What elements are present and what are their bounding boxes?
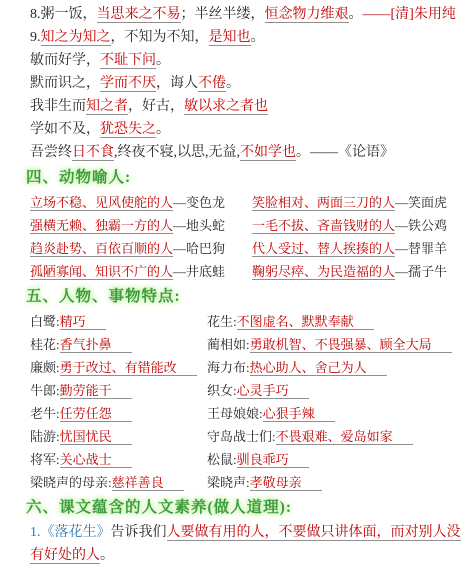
trait-cell-right: 花生:不图虚名、默默奉献 bbox=[207, 310, 374, 333]
animal-description: 一毛不拔、吝啬钱财的人 bbox=[252, 218, 395, 234]
trait-answer: 驯良乖巧 bbox=[237, 452, 309, 468]
quote-line: 敏而好学，不耻下问。 bbox=[30, 49, 466, 72]
lessons-section: 1.《落花生》告诉我们人要做有用的人，不要做只讲体面，而对别人没有好处的人。 bbox=[30, 521, 466, 567]
trait-label: 松鼠: bbox=[207, 452, 237, 467]
lesson-item: 1.《落花生》告诉我们人要做有用的人，不要做只讲体面，而对别人没有好处的人。 bbox=[30, 521, 466, 567]
trait-answer: 关心战士 bbox=[60, 452, 132, 468]
animals-section: 立场不稳、见风使舵的人—变色龙笑脸相对、两面三刀的人—笑面虎强横无赖、独霸一方的… bbox=[30, 191, 466, 283]
animal-cell-left: 立场不稳、见风使舵的人—变色龙 bbox=[30, 191, 252, 214]
trait-answer: 心狠手辣 bbox=[263, 406, 335, 422]
animal-row: 强横无赖、独霸一方的人—地头蛇一毛不拔、吝啬钱财的人—铁公鸡 bbox=[30, 214, 466, 237]
trait-answer: 不图虚名、默默奉献 bbox=[237, 314, 374, 330]
quote-line: 吾尝终日不食,终夜不寝,以思,无益,不如学也。——《论语》 bbox=[30, 141, 466, 164]
section-heading-lessons: 六、课文蕴含的人文素养(做人道理): bbox=[26, 495, 466, 520]
trait-answer: 勇敢机智、不畏强暴、顾全大局 bbox=[250, 337, 452, 353]
trait-label: 花生: bbox=[207, 314, 237, 329]
animal-description: 孤陋寡闻、知识不广的人 bbox=[30, 264, 173, 280]
trait-label: 梁晓声的母亲: bbox=[30, 475, 112, 490]
trait-cell-right: 蔺相如:勇敢机智、不畏强暴、顾全大局 bbox=[207, 333, 452, 356]
animal-cell-right: 一毛不拔、吝啬钱财的人—铁公鸡 bbox=[252, 214, 447, 237]
trait-label: 梁晓声: bbox=[207, 475, 250, 490]
text-segment: 。 bbox=[156, 122, 170, 137]
text-segment: 不倦 bbox=[198, 76, 226, 92]
trait-label: 将军: bbox=[30, 452, 60, 467]
animal-description: 趋炎赴势、百依百顺的人 bbox=[30, 241, 173, 257]
quote-line: 9.知之为知之，不知为不知，是知也。 bbox=[30, 26, 466, 49]
trait-label: 陆游: bbox=[30, 429, 60, 444]
text-segment: 学而不厌 bbox=[100, 76, 156, 92]
animal-description: 鞠躬尽瘁、为民造福的人 bbox=[252, 264, 395, 280]
quote-line: 8.粥一饭，当思来之不易；半丝半缕，恒念物力维艰。——[清]朱用纯 bbox=[30, 3, 466, 26]
text-segment: 1.《落花生》 bbox=[30, 525, 111, 540]
text-segment: 恒念物力维艰 bbox=[265, 7, 349, 23]
trait-row: 廉颇:勇于改过、有错能改海力布:热心助人、舍己为人 bbox=[30, 356, 466, 379]
trait-row: 老牛:任劳任怨王母娘娘:心狠手辣 bbox=[30, 402, 466, 425]
text-segment: 默而识之， bbox=[30, 76, 100, 91]
trait-answer: 心灵手巧 bbox=[237, 383, 309, 399]
trait-answer: 孝敬母亲 bbox=[250, 475, 322, 491]
text-segment: 。 bbox=[100, 548, 114, 563]
text-segment: 不如学也 bbox=[240, 145, 296, 161]
trait-row: 陆游:忧国忧民守岛战士们:不畏艰难、爱岛如家 bbox=[30, 425, 466, 448]
animal-name: —变色龙 bbox=[173, 195, 225, 210]
trait-row: 桂花:香气扑鼻蔺相如:勇敢机智、不畏强暴、顾全大局 bbox=[30, 333, 466, 356]
animal-description: 立场不稳、见风使舵的人 bbox=[30, 195, 173, 211]
quotes-section: 8.粥一饭，当思来之不易；半丝半缕，恒念物力维艰。——[清]朱用纯9.知之为知之… bbox=[30, 3, 466, 164]
trait-label: 海力布: bbox=[207, 360, 250, 375]
trait-label: 白鹭: bbox=[30, 314, 60, 329]
trait-cell-left: 白鹭:精巧 bbox=[30, 310, 207, 333]
trait-answer: 勇于改过、有错能改 bbox=[60, 360, 197, 376]
animal-cell-right: 笑脸相对、两面三刀的人—笑面虎 bbox=[252, 191, 447, 214]
trait-label: 织女: bbox=[207, 383, 237, 398]
trait-label: 老牛: bbox=[30, 406, 60, 421]
animal-name: —笑面虎 bbox=[395, 195, 447, 210]
trait-cell-right: 织女:心灵手巧 bbox=[207, 379, 309, 402]
animal-name: —铁公鸡 bbox=[395, 218, 447, 233]
text-segment: 。 bbox=[156, 53, 170, 68]
trait-row: 白鹭:精巧花生:不图虚名、默默奉献 bbox=[30, 310, 466, 333]
animal-cell-right: 代人受过、替人挨揍的人—替罪羊 bbox=[252, 237, 447, 260]
trait-cell-left: 牛郎:勤劳能干 bbox=[30, 379, 207, 402]
trait-cell-left: 将军:关心战士 bbox=[30, 448, 207, 471]
text-segment: 。 bbox=[251, 30, 265, 45]
trait-answer: 香气扑鼻 bbox=[60, 337, 132, 353]
animal-name: —哈巴狗 bbox=[173, 241, 225, 256]
animal-cell-left: 强横无赖、独霸一方的人—地头蛇 bbox=[30, 214, 252, 237]
text-segment: ，好古， bbox=[128, 99, 184, 114]
animal-cell-left: 趋炎赴势、百依百顺的人—哈巴狗 bbox=[30, 237, 252, 260]
text-segment: 。 bbox=[349, 7, 363, 22]
text-segment: ——[清]朱用纯 bbox=[363, 7, 456, 22]
animal-row: 立场不稳、见风使舵的人—变色龙笑脸相对、两面三刀的人—笑面虎 bbox=[30, 191, 466, 214]
text-segment: 是知也 bbox=[209, 30, 251, 46]
animal-name: —井底蛙 bbox=[173, 264, 225, 279]
trait-cell-right: 松鼠:驯良乖巧 bbox=[207, 448, 309, 471]
document: 8.粥一饭，当思来之不易；半丝半缕，恒念物力维艰。——[清]朱用纯9.知之为知之… bbox=[0, 0, 472, 567]
trait-cell-right: 王母娘娘:心狠手辣 bbox=[207, 402, 335, 425]
text-segment: ，诲人 bbox=[156, 76, 198, 91]
section-heading-animals: 四、动物喻人: bbox=[26, 165, 466, 190]
text-segment: 知之为知之 bbox=[41, 30, 111, 46]
trait-cell-right: 梁晓声:孝敬母亲 bbox=[207, 471, 322, 494]
text-segment: 日不食 bbox=[72, 145, 114, 161]
animal-description: 笑脸相对、两面三刀的人 bbox=[252, 195, 395, 211]
text-segment: 我非生而 bbox=[30, 99, 86, 114]
trait-answer: 慈祥善良 bbox=[112, 475, 184, 491]
trait-answer: 忧国忧民 bbox=[60, 429, 132, 445]
trait-cell-right: 守岛战士们:不畏艰难、爱岛如家 bbox=[207, 425, 413, 448]
trait-label: 王母娘娘: bbox=[207, 406, 263, 421]
animal-cell-right: 鞠躬尽瘁、为民造福的人—孺子牛 bbox=[252, 260, 447, 283]
trait-answer: 热心助人、舍己为人 bbox=[250, 360, 387, 376]
text-segment: ,终夜不寝,以思,无益, bbox=[114, 145, 240, 160]
animal-name: —替罪羊 bbox=[395, 241, 447, 256]
text-segment: ，不知为不知， bbox=[111, 30, 209, 45]
text-segment: 不耻下问 bbox=[100, 53, 156, 69]
trait-label: 桂花: bbox=[30, 337, 60, 352]
animal-name: —地头蛇 bbox=[173, 218, 225, 233]
trait-answer: 任劳任怨 bbox=[60, 406, 132, 422]
text-segment: 吾尝终 bbox=[30, 145, 72, 160]
trait-label: 牛郎: bbox=[30, 383, 60, 398]
trait-cell-right: 海力布:热心助人、舍己为人 bbox=[207, 356, 387, 379]
trait-answer: 不畏艰难、爱岛如家 bbox=[276, 429, 413, 445]
trait-cell-left: 廉颇:勇于改过、有错能改 bbox=[30, 356, 207, 379]
trait-cell-left: 桂花:香气扑鼻 bbox=[30, 333, 207, 356]
traits-section: 白鹭:精巧花生:不图虚名、默默奉献桂花:香气扑鼻蔺相如:勇敢机智、不畏强暴、顾全… bbox=[30, 310, 466, 494]
animal-description: 强横无赖、独霸一方的人 bbox=[30, 218, 173, 234]
trait-label: 廉颇: bbox=[30, 360, 60, 375]
trait-row: 牛郎:勤劳能干织女:心灵手巧 bbox=[30, 379, 466, 402]
text-segment: 犹恐失之 bbox=[100, 122, 156, 138]
quote-line: 我非生而知之者，好古，敏以求之者也 bbox=[30, 95, 466, 118]
quote-line: 默而识之，学而不厌，诲人不倦。 bbox=[30, 72, 466, 95]
text-segment: 当思来之不易 bbox=[97, 7, 181, 23]
text-segment: 告诉我们 bbox=[111, 525, 167, 540]
animal-name: —孺子牛 bbox=[395, 264, 447, 279]
text-segment: 学如不及， bbox=[30, 122, 100, 137]
text-segment: 8.粥一饭， bbox=[30, 7, 97, 22]
section-heading-traits: 五、人物、事物特点: bbox=[26, 284, 466, 309]
trait-cell-left: 梁晓声的母亲:慈祥善良 bbox=[30, 471, 207, 494]
trait-label: 守岛战士们: bbox=[207, 429, 276, 444]
trait-cell-left: 老牛:任劳任怨 bbox=[30, 402, 207, 425]
trait-answer: 精巧 bbox=[60, 314, 106, 330]
text-segment: 敏以求之者也 bbox=[184, 99, 268, 115]
text-segment: 敏而好学， bbox=[30, 53, 100, 68]
animal-cell-left: 孤陋寡闻、知识不广的人—井底蛙 bbox=[30, 260, 252, 283]
animal-row: 孤陋寡闻、知识不广的人—井底蛙鞠躬尽瘁、为民造福的人—孺子牛 bbox=[30, 260, 466, 283]
text-segment: ；半丝半缕， bbox=[181, 7, 265, 22]
trait-row: 梁晓声的母亲:慈祥善良梁晓声:孝敬母亲 bbox=[30, 471, 466, 494]
quote-line: 学如不及，犹恐失之。 bbox=[30, 118, 466, 141]
animal-description: 代人受过、替人挨揍的人 bbox=[252, 241, 395, 257]
trait-answer: 勤劳能干 bbox=[60, 383, 132, 399]
trait-cell-left: 陆游:忧国忧民 bbox=[30, 425, 207, 448]
trait-label: 蔺相如: bbox=[207, 337, 250, 352]
text-segment: 9. bbox=[30, 30, 41, 45]
text-segment: 。 bbox=[226, 76, 240, 91]
text-segment: 知之者 bbox=[86, 99, 128, 115]
animal-row: 趋炎赴势、百依百顺的人—哈巴狗代人受过、替人挨揍的人—替罪羊 bbox=[30, 237, 466, 260]
trait-row: 将军:关心战士松鼠:驯良乖巧 bbox=[30, 448, 466, 471]
text-segment: 。——《论语》 bbox=[296, 145, 394, 160]
